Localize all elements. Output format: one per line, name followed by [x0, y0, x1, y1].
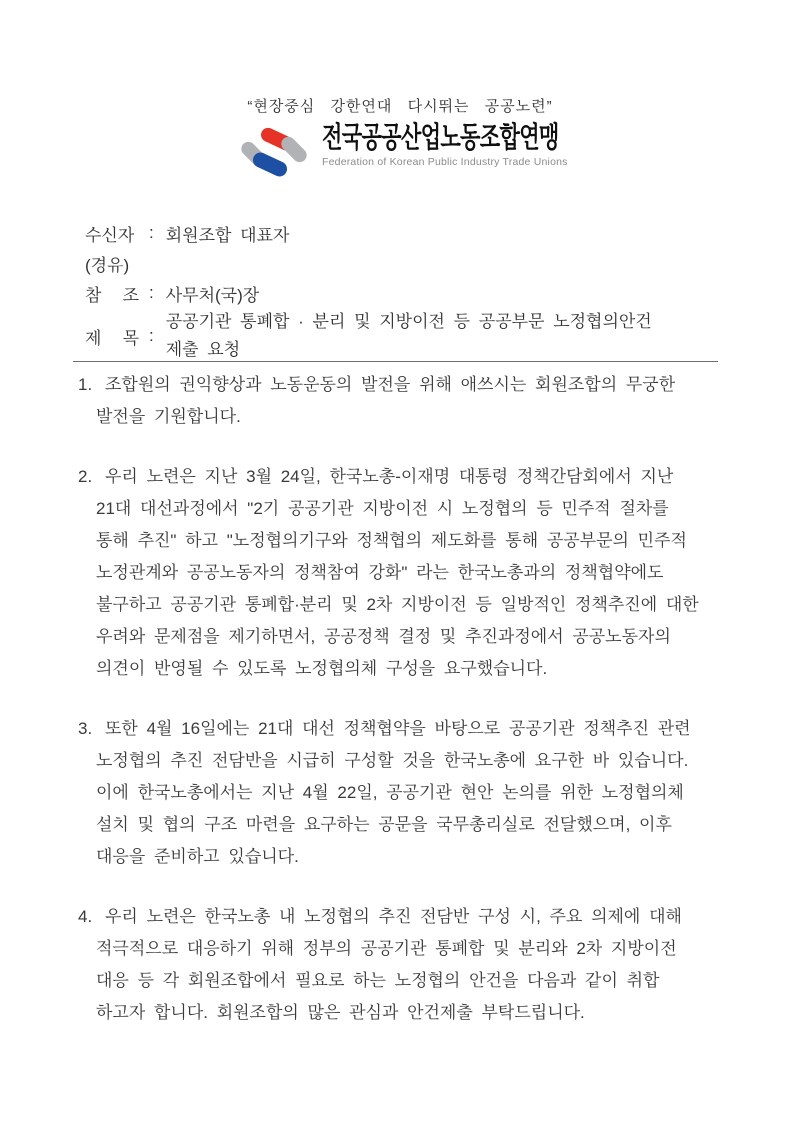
org-name-english: Federation of Korean Public Industry Tra…	[322, 156, 646, 168]
paragraph-number: 4.	[78, 901, 105, 933]
subject-line-2: 제출 요청	[166, 336, 652, 364]
recipient-block: 수신자 : 회원조합 대표자 (경유) 참 조 : 사무처(국)장 제 목 : …	[85, 218, 652, 364]
paragraph-line: 3.또한 4월 16일에는 21대 대선 정책협약을 바탕으로 공공기관 정책추…	[96, 713, 793, 745]
subject-value: 공공기관 통폐합 · 분리 및 지방이전 등 공공부문 노정협의안건 제출 요청	[166, 308, 652, 364]
cc-value: 사무처(국)장	[166, 281, 259, 306]
paragraph-line: 하고자 합니다. 회원조합의 많은 관심과 안건제출 부탁드립니다.	[96, 997, 793, 1029]
paragraph-line: 설치 및 협의 구조 마련을 요구하는 공문을 국무총리실로 전달했으며, 이후	[96, 809, 793, 841]
paragraph-line: 대응 등 각 회원조합에서 필요로 하는 노정협의 안건을 다음과 같이 취합	[96, 965, 793, 997]
paragraph: 1.조합원의 권익향상과 노동운동의 발전을 위해 애쓰시는 회원조합의 무궁한…	[78, 369, 793, 433]
paragraph: 4.우리 노련은 한국노총 내 노정협의 추진 전담반 구성 시, 주요 의제에…	[78, 901, 793, 1029]
body-paragraphs: 1.조합원의 권익향상과 노동운동의 발전을 위해 애쓰시는 회원조합의 무궁한…	[78, 369, 793, 1057]
cc-label: 참 조	[85, 281, 139, 306]
cc-colon: :	[149, 283, 154, 303]
paragraph: 2.우리 노련은 지난 3월 24일, 한국노총-이재명 대통령 정책간담회에서…	[78, 461, 793, 685]
org-name-block: 전국공공산업노동조합연맹 Federation of Korean Public…	[322, 122, 646, 168]
paragraph-line: 발전을 기원합니다.	[96, 401, 793, 433]
paragraph: 3.또한 4월 16일에는 21대 대선 정책협약을 바탕으로 공공기관 정책추…	[78, 713, 793, 873]
paragraph-line: 대응을 준비하고 있습니다.	[96, 841, 793, 873]
paragraph-line: 이에 한국노총에서는 지난 4월 22일, 공공기관 현안 논의를 위한 노정협…	[96, 777, 793, 809]
paragraph-line: 노정협의 추진 전담반을 시급히 구성할 것을 한국노총에 요구한 바 있습니다…	[96, 745, 793, 777]
paragraph-number: 1.	[78, 369, 105, 401]
org-name-korean: 전국공공산업노동조합연맹	[322, 122, 559, 155]
paragraph-line: 적극적으로 대응하기 위해 정부의 공공기관 통폐합 및 분리와 2차 지방이전	[96, 933, 793, 965]
recipient-row-subject: 제 목 : 공공기관 통폐합 · 분리 및 지방이전 등 공공부문 노정협의안건…	[85, 308, 652, 364]
recipient-row-to: 수신자 : 회원조합 대표자	[85, 218, 652, 248]
org-slogan: “현장중심 강한연대 다시뛰는 공공노련”	[0, 95, 800, 116]
logo-blue-stroke	[251, 150, 290, 179]
union-pinwheel-logo-icon	[234, 124, 314, 180]
to-value: 회원조합 대표자	[166, 221, 290, 246]
paragraph-line: 1.조합원의 권익향상과 노동운동의 발전을 위해 애쓰시는 회원조합의 무궁한	[96, 369, 793, 401]
paragraph-line: 2.우리 노련은 지난 3월 24일, 한국노총-이재명 대통령 정책간담회에서…	[96, 461, 793, 493]
document-page: “현장중심 강한연대 다시뛰는 공공노련” 전국공공산업노동조합연맹 Feder…	[0, 0, 800, 1132]
subject-label: 제 목	[85, 324, 139, 349]
paragraph-line: 불구하고 공공기관 통폐합·분리 및 2차 지방이전 등 일방적인 정책추진에 …	[96, 589, 793, 621]
org-logo: 전국공공산업노동조합연맹 Federation of Korean Public…	[234, 122, 646, 180]
paragraph-line: 통해 추진" 하고 "노정협의기구와 정책협의 제도화를 통해 공공부문의 민주…	[96, 525, 793, 557]
to-label: 수신자	[85, 221, 139, 246]
subject-colon: :	[149, 326, 154, 346]
header-divider-rule	[73, 361, 718, 362]
paragraph-line: 21대 대선과정에서 "2기 공공기관 지방이전 시 노정협의 등 민주적 절차…	[96, 493, 793, 525]
to-colon: :	[149, 223, 154, 243]
subject-line-1: 공공기관 통폐합 · 분리 및 지방이전 등 공공부문 노정협의안건	[166, 308, 652, 336]
paragraph-number: 3.	[78, 713, 105, 745]
recipient-row-via: (경유)	[85, 248, 652, 278]
paragraph-line: 4.우리 노련은 한국노총 내 노정협의 추진 전담반 구성 시, 주요 의제에…	[96, 901, 793, 933]
paragraph-line: 의견이 반영될 수 있도록 노정협의체 구성을 요구했습니다.	[96, 653, 793, 685]
recipient-row-cc: 참 조 : 사무처(국)장	[85, 278, 652, 308]
paragraph-line: 우려와 문제점을 제기하면서, 공공정책 결정 및 추진과정에서 공공노동자의	[96, 621, 793, 653]
paragraph-line: 노정관계와 공공노동자의 정책참여 강화" 라는 한국노총과의 정책협약에도	[96, 557, 793, 589]
via-value: (경유)	[85, 251, 129, 276]
paragraph-number: 2.	[78, 461, 105, 493]
